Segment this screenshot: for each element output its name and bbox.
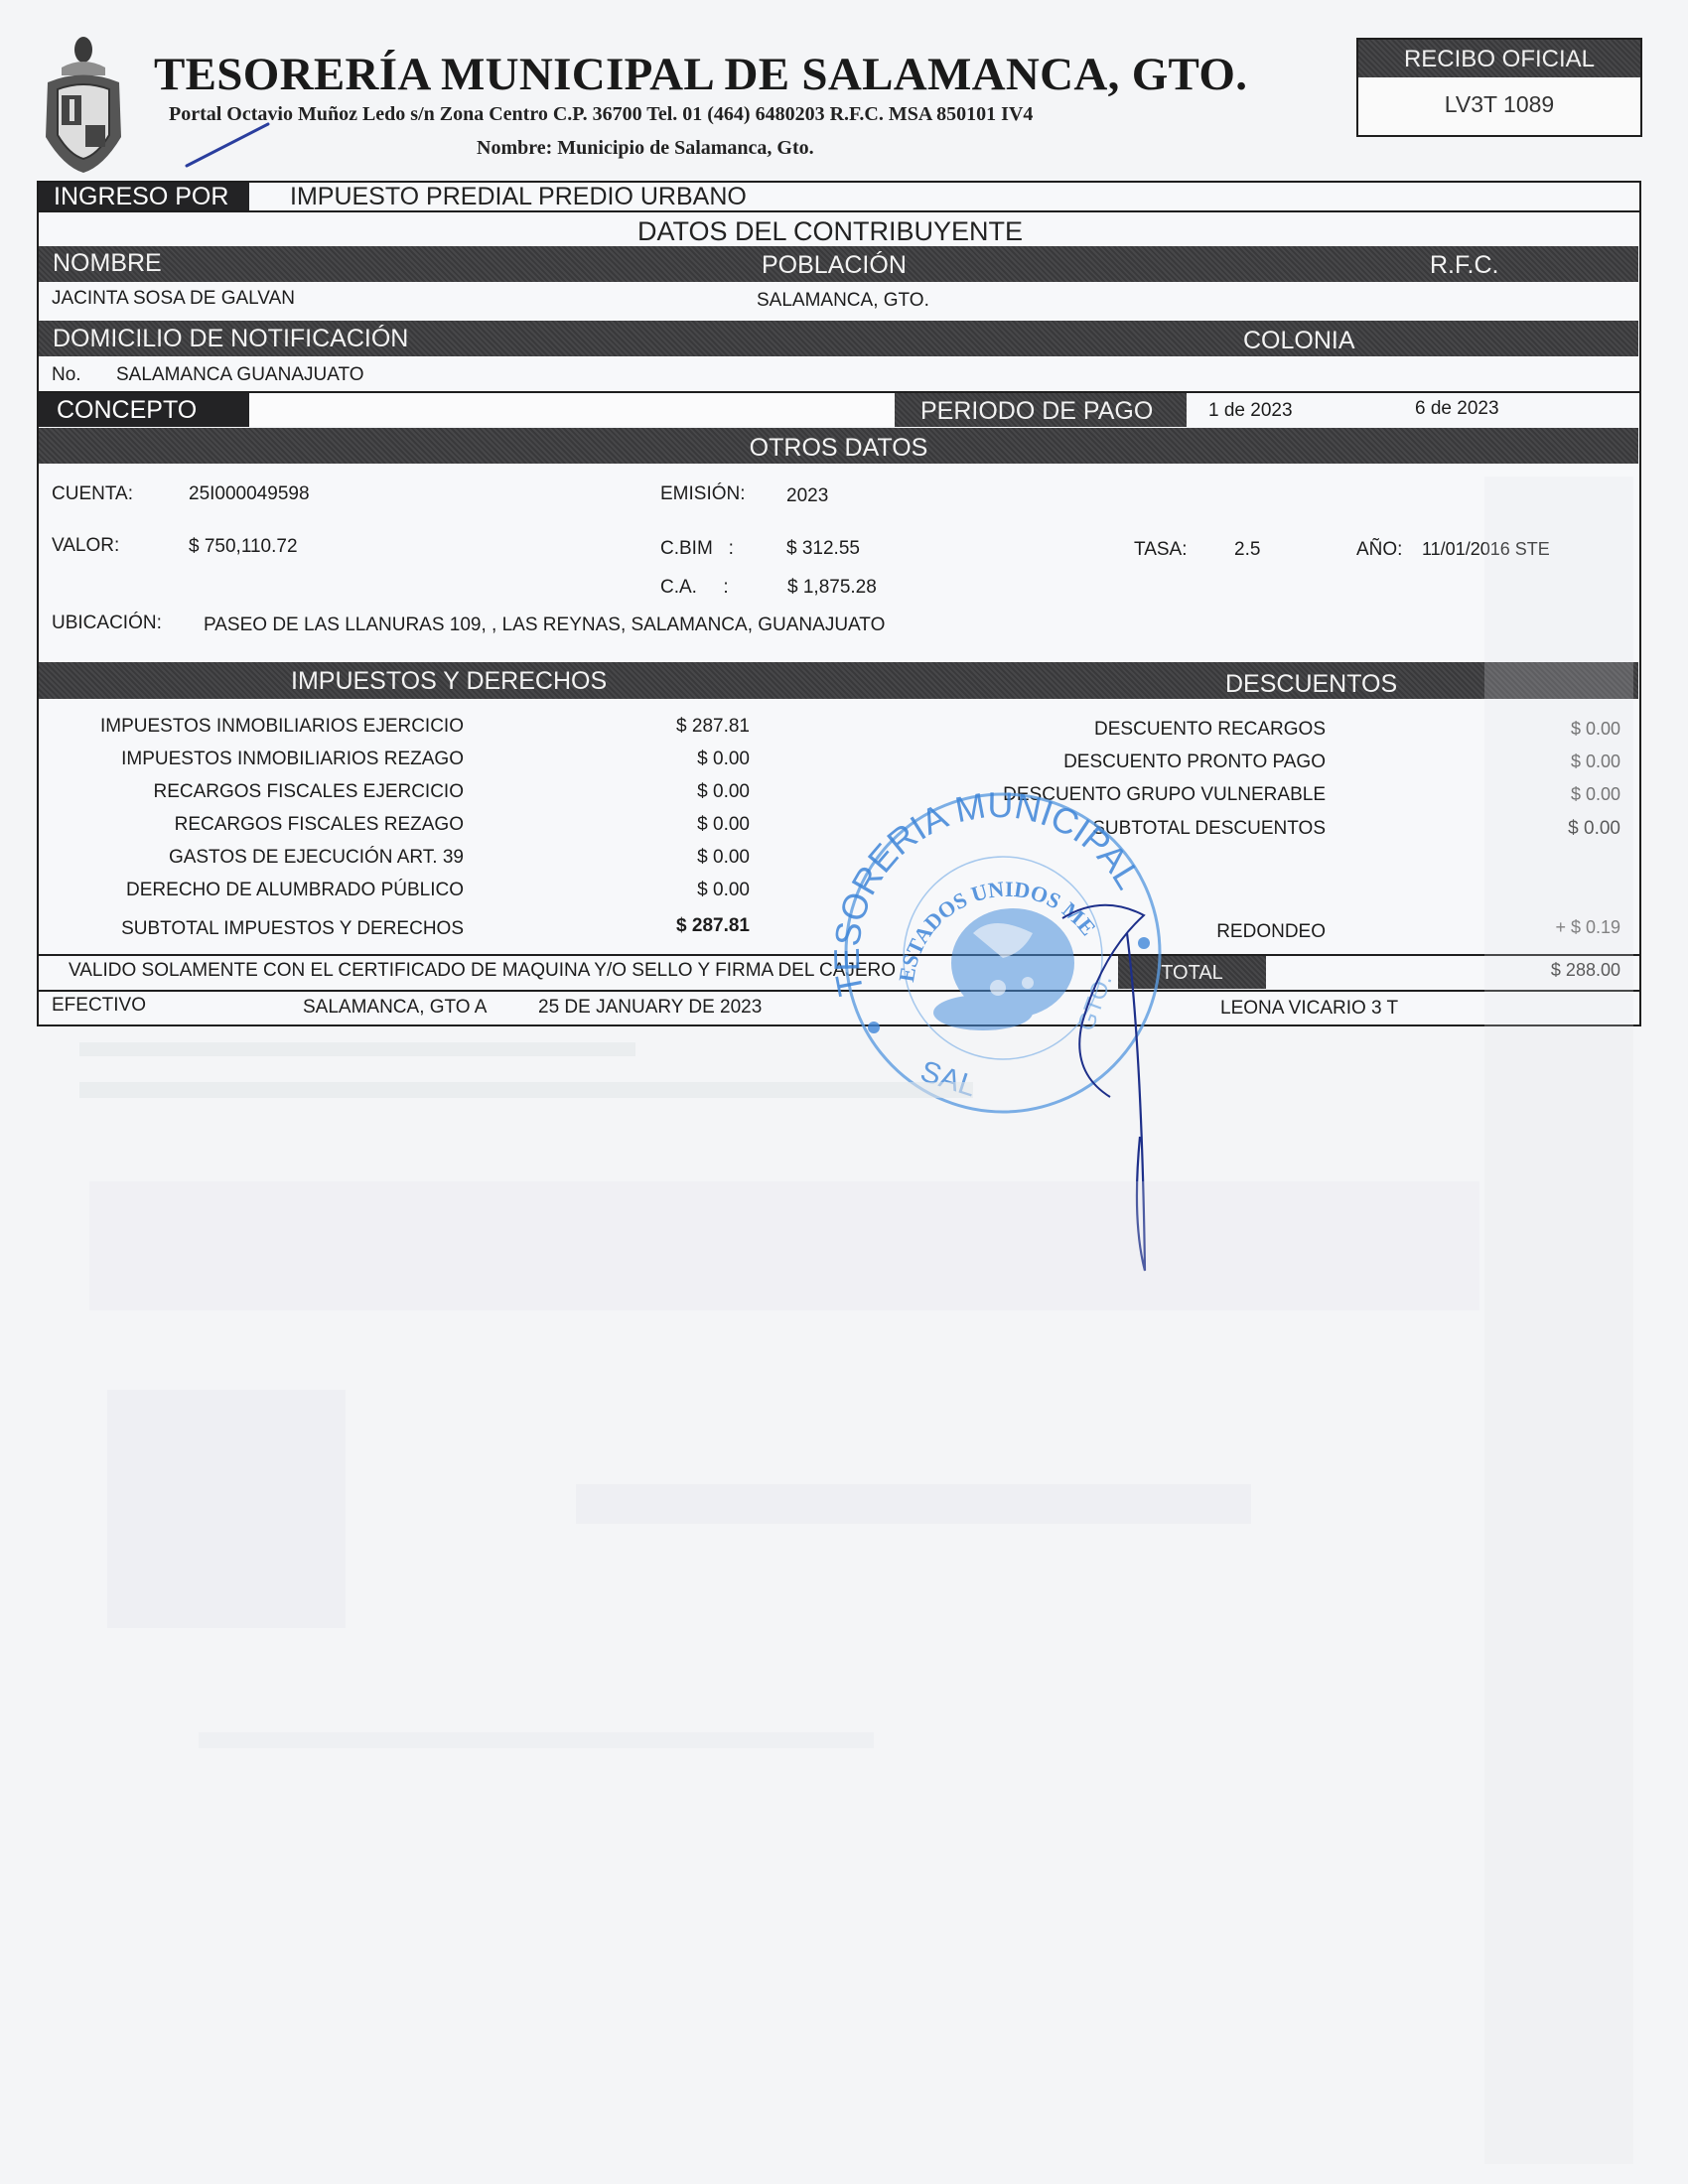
periodo-label-cell: PERIODO DE PAGO: [895, 393, 1187, 427]
descuento-item-label: DESCUENTO RECARGOS: [1094, 719, 1326, 741]
header-name-line: Nombre: Municipio de Salamanca, Gto.: [477, 137, 814, 160]
concepto-value-cell: [249, 394, 895, 426]
otros-datos-bar: OTROS DATOS: [39, 428, 1638, 464]
ingreso-value: IMPUESTO PREDIAL PREDIO URBANO: [290, 183, 747, 211]
ca-label: C.A. :: [660, 577, 729, 599]
impuesto-item-label: RECARGOS FISCALES REZAGO: [175, 814, 464, 836]
periodo-hasta: 6 de 2023: [1415, 398, 1499, 420]
anio-label: AÑO:: [1356, 539, 1402, 561]
valor-label: VALOR:: [52, 535, 119, 557]
header-address: Portal Octavio Muñoz Ledo s/n Zona Centr…: [169, 103, 1033, 126]
emision-label: EMISIÓN:: [660, 483, 746, 505]
descuento-item-label: DESCUENTO PRONTO PAGO: [1063, 751, 1326, 773]
emision-value: 2023: [786, 485, 828, 507]
impuestos-subtotal-value: $ 287.81: [676, 915, 750, 937]
bleed-through-block: [576, 1484, 1251, 1524]
impuesto-item-label: IMPUESTOS INMOBILIARIOS REZAGO: [121, 749, 464, 770]
domicilio-header-bar: DOMICILIO DE NOTIFICACIÓN COLONIA: [39, 321, 1638, 356]
ubicacion-label: UBICACIÓN:: [52, 613, 162, 634]
bleed-through-qr: [107, 1390, 346, 1628]
impuesto-item-amount: $ 0.00: [697, 847, 750, 869]
bleed-through-block: [79, 1082, 973, 1098]
payment-method: EFECTIVO: [52, 995, 146, 1017]
descuentos-title: DESCUENTOS: [1225, 670, 1397, 699]
contribuyente-header-bar: NOMBRE POBLACIÓN R.F.C.: [39, 246, 1638, 282]
receipt-date: 25 DE JANUARY DE 2023: [538, 997, 762, 1019]
receipt-label: RECIBO OFICIAL: [1358, 40, 1640, 77]
coat-of-arms-icon: [34, 28, 133, 177]
impuesto-item-label: GASTOS DE EJECUCIÓN ART. 39: [169, 847, 464, 869]
impuestos-subtotal-label: SUBTOTAL IMPUESTOS Y DERECHOS: [121, 918, 464, 940]
impuesto-item-amount: $ 0.00: [697, 781, 750, 803]
bleed-through-block: [79, 1042, 635, 1056]
cuenta-label: CUENTA:: [52, 483, 133, 505]
receipt-number: LV3T 1089: [1358, 91, 1640, 118]
bleed-through-block: [199, 1732, 874, 1748]
valor-value: $ 750,110.72: [189, 536, 298, 558]
domicilio-value: SALAMANCA GUANAJUATO: [116, 364, 364, 386]
section-title-contribuyente: DATOS DEL CONTRIBUYENTE: [637, 216, 1023, 247]
cbim-label: C.BIM :: [660, 538, 734, 560]
impuestos-title: IMPUESTOS Y DERECHOS: [291, 667, 607, 696]
ca-value: $ 1,875.28: [787, 577, 877, 599]
contribuyente-poblacion: SALAMANCA, GTO.: [757, 290, 929, 312]
place-prefix: SALAMANCA, GTO A: [303, 997, 487, 1019]
ubicacion-value: PASEO DE LAS LLANURAS 109, , LAS REYNAS,…: [204, 614, 885, 636]
cashier-name: LEONA VICARIO 3 T: [1220, 998, 1398, 1020]
impuesto-item-label: RECARGOS FISCALES EJERCICIO: [153, 781, 464, 803]
impuestos-descuentos-bar: IMPUESTOS Y DERECHOS DESCUENTOS: [39, 662, 1638, 699]
cbim-value: $ 312.55: [786, 538, 860, 560]
periodo-desde: 1 de 2023: [1208, 400, 1293, 422]
contribuyente-nombre: JACINTA SOSA DE GALVAN: [52, 288, 295, 310]
tasa-label: TASA:: [1134, 539, 1188, 561]
tasa-value: 2.5: [1234, 539, 1260, 561]
bleed-through-edge: [1484, 477, 1633, 2164]
cuenta-value: 25I000049598: [189, 483, 310, 505]
bleed-through-block: [89, 1181, 1479, 1310]
impuesto-item-amount: $ 287.81: [676, 716, 750, 738]
impuesto-item-amount: $ 0.00: [697, 814, 750, 836]
validity-note: VALIDO SOLAMENTE CON EL CERTIFICADO DE M…: [69, 960, 896, 982]
impuesto-item-amount: $ 0.00: [697, 749, 750, 770]
concepto-label-cell: CONCEPTO: [39, 393, 249, 427]
redondeo-label: REDONDEO: [1216, 921, 1326, 943]
page-title: TESORERÍA MUNICIPAL DE SALAMANCA, GTO.: [154, 48, 1247, 101]
ingreso-label-cell: INGRESO POR: [39, 183, 249, 210]
impuesto-item-label: DERECHO DE ALUMBRADO PÚBLICO: [126, 880, 464, 901]
impuesto-item-amount: $ 0.00: [697, 880, 750, 901]
pen-mark: [184, 119, 273, 169]
impuesto-item-label: IMPUESTOS INMOBILIARIOS EJERCICIO: [100, 716, 464, 738]
receipt-box: RECIBO OFICIAL LV3T 1089: [1356, 38, 1642, 137]
domicilio-no-label: No.: [52, 364, 81, 386]
